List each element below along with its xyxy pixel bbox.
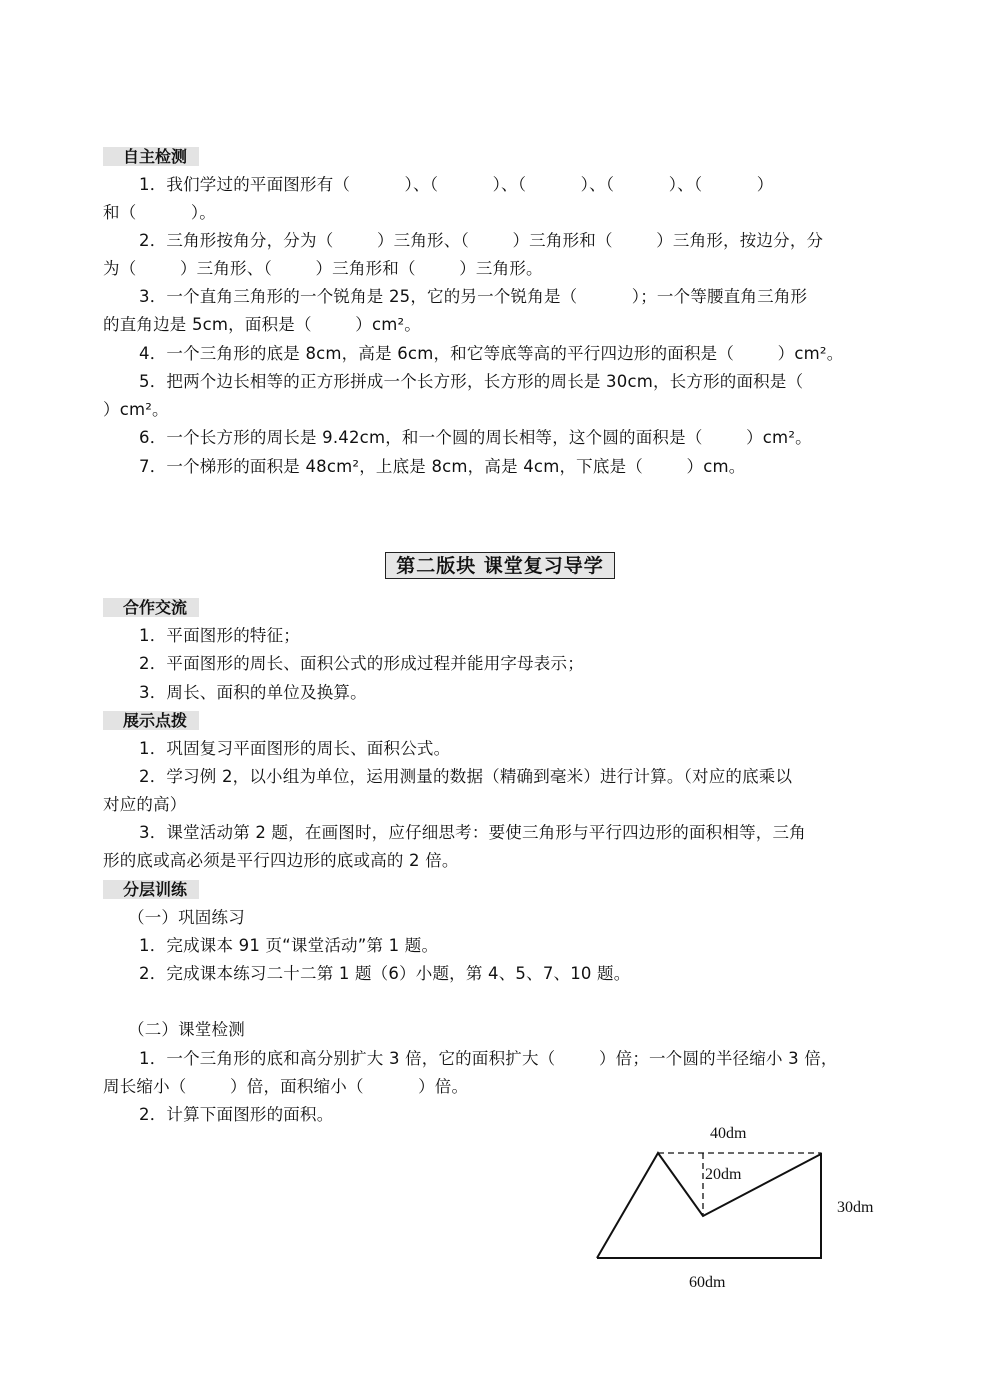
composite-shape-figure	[0, 0, 1000, 1384]
figure-label-right: 30dm	[837, 1199, 873, 1217]
figure-label-top: 40dm	[710, 1125, 746, 1143]
figure-label-inner-height: 20dm	[705, 1166, 741, 1184]
figure-label-bottom: 60dm	[689, 1274, 725, 1292]
